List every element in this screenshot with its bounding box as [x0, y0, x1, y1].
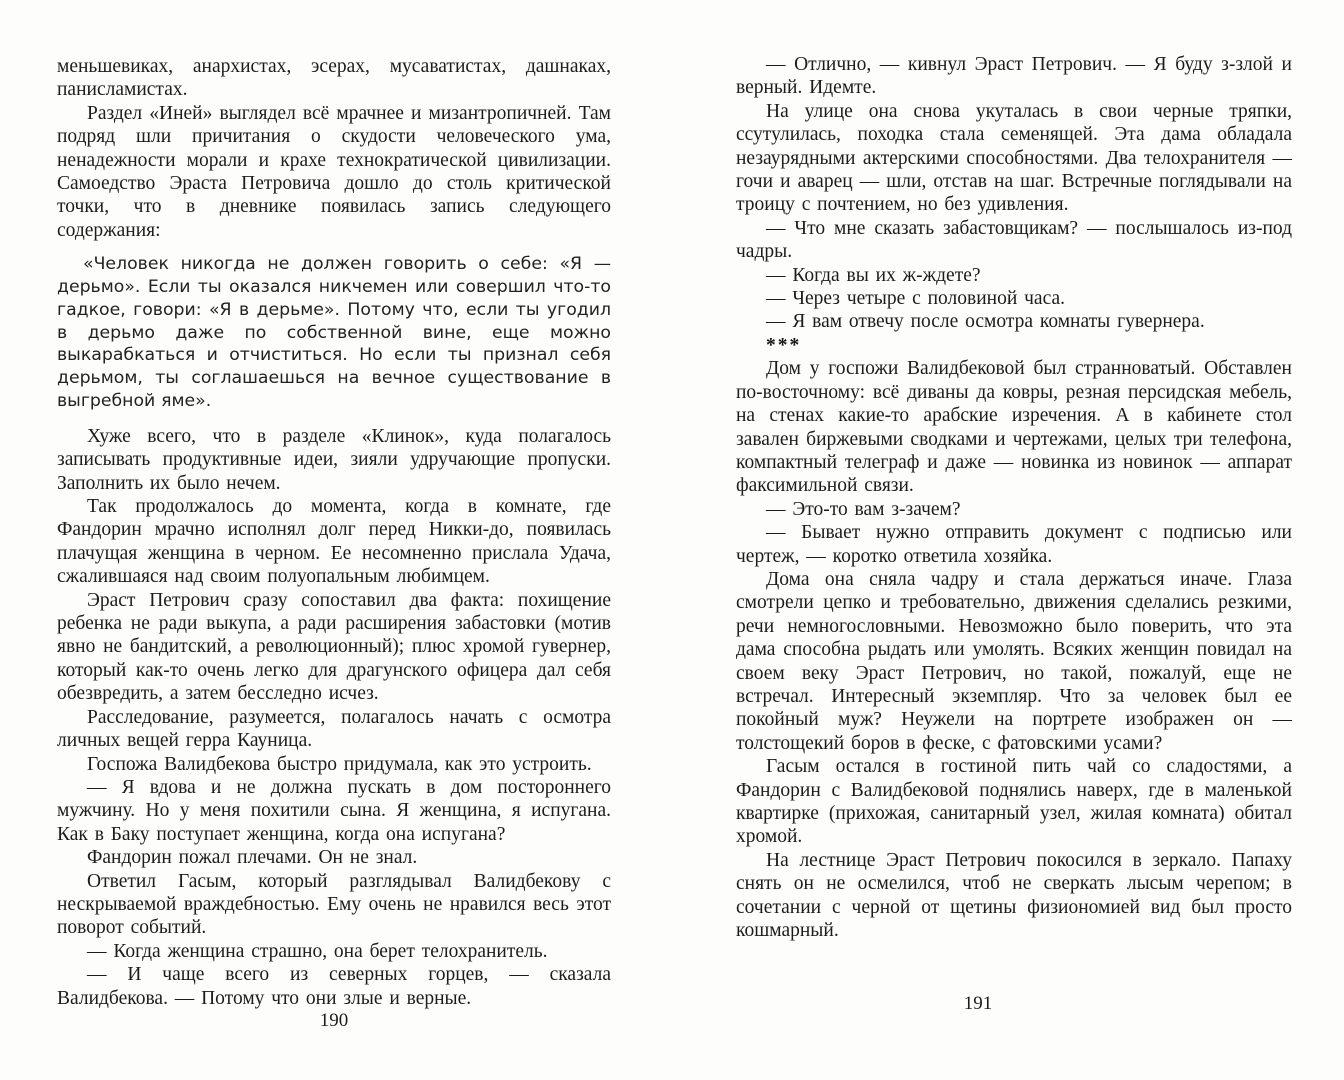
diary-quote: «Человек никогда не должен говорить о се… [57, 253, 611, 413]
dialogue-paragraph: — Когда женщина страшно, она берет телох… [57, 940, 611, 963]
left-page: меньшевиках, анархистах, эсерах, мусават… [57, 55, 611, 1010]
paragraph: меньшевиках, анархистах, эсерах, мусават… [57, 55, 611, 102]
page-number-right: 191 [700, 993, 1256, 1015]
paragraph: Дом у госпожи Валидбековой был страннова… [736, 357, 1292, 497]
paragraph: На лестнице Эраст Петрович покосился в з… [736, 849, 1292, 943]
paragraph: Расследование, разумеется, полагалось на… [57, 706, 611, 753]
dialogue-paragraph: — Через четыре с половиной часа. [736, 287, 1292, 310]
paragraph: Госпожа Валидбекова быстро придумала, ка… [57, 753, 611, 776]
dialogue-paragraph: — Отлично, — кивнул Эраст Петрович. — Я … [736, 53, 1292, 100]
page-number-left: 190 [57, 1010, 611, 1032]
dialogue-paragraph: — Я вам отвечу после осмотра комнаты гув… [736, 310, 1292, 333]
paragraph: Хуже всего, что в разделе «Клинок», куда… [57, 425, 611, 495]
dialogue-paragraph: — Это-то вам з-зачем? [736, 498, 1292, 521]
paragraph: Эраст Петрович сразу сопоставил два факт… [57, 589, 611, 706]
paragraph: Так продолжалось до момента, когда в ком… [57, 495, 611, 589]
paragraph: Гасым остался в гостиной пить чай со сла… [736, 755, 1292, 849]
dialogue-paragraph: — Когда вы их ж-ждете? [736, 264, 1292, 287]
dialogue-paragraph: — Бывает нужно отправить документ с подп… [736, 521, 1292, 568]
dialogue-paragraph: — Что мне сказать забастовщикам? — послы… [736, 217, 1292, 264]
paragraph: Ответил Гасым, который разглядывал Валид… [57, 870, 611, 940]
paragraph: Раздел «Иней» выглядел всё мрачнее и миз… [57, 102, 611, 242]
paragraph: Дома она сняла чадру и стала держаться и… [736, 568, 1292, 755]
paragraph: На улице она снова укуталась в свои черн… [736, 100, 1292, 217]
scene-separator: *** [736, 334, 1292, 357]
right-page: — Отлично, — кивнул Эраст Петрович. — Я … [736, 53, 1292, 942]
paragraph: Фандорин пожал плечами. Он не знал. [57, 846, 611, 869]
book-scan-spread: { "colors": { "paper": "#fdfdfc", "ink":… [0, 0, 1344, 1080]
dialogue-paragraph: — И чаще всего из северных горцев, — ска… [57, 963, 611, 1010]
dialogue-paragraph: — Я вдова и не должна пускать в дом пост… [57, 776, 611, 846]
